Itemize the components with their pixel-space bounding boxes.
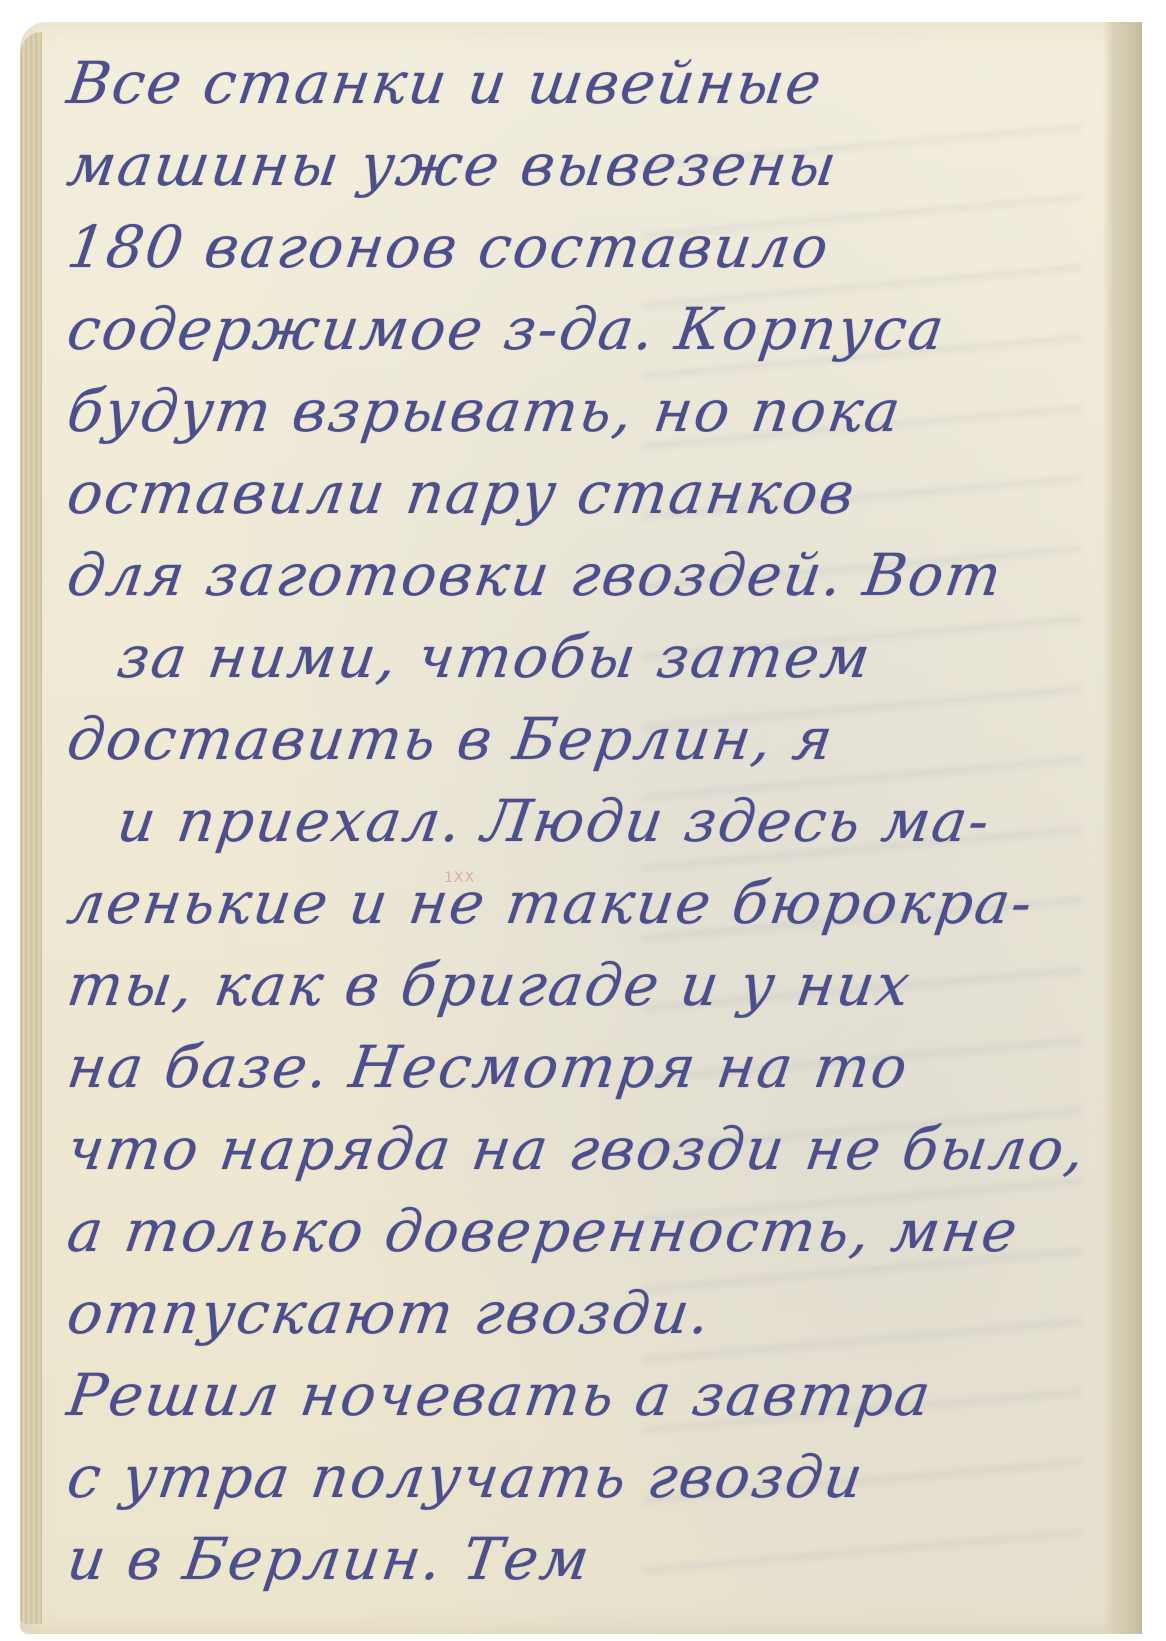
- handwritten-line: Решил ночевать а завтра: [62, 1354, 1134, 1436]
- handwritten-line: и приехал. Люди здесь ма-: [62, 780, 1134, 862]
- handwritten-line: для заготовки гвоздей. Вот: [62, 534, 1134, 616]
- handwritten-line: и в Берлин. Тем: [62, 1518, 1134, 1600]
- page-stack-edge-left: [20, 32, 42, 1624]
- handwritten-line: Все станки и швейные: [62, 42, 1134, 124]
- handwritten-line: будут взрывать, но пока: [62, 370, 1134, 452]
- handwritten-line: содержимое з-да. Корпуса: [62, 288, 1134, 370]
- handwritten-line: на базе. Несмотря на то: [62, 1026, 1134, 1108]
- handwritten-line: 180 вагонов составило: [62, 206, 1134, 288]
- handwritten-text-block: Все станки и швейные машины уже вывезены…: [68, 42, 1128, 1600]
- handwritten-line: ты, как в бригаде и у них: [62, 944, 1134, 1026]
- handwritten-line: с утра получать гвозди: [62, 1436, 1134, 1518]
- handwritten-line: ленькие и не такие бюрокра-: [62, 862, 1134, 944]
- notebook-page: 1XX Все станки и швейные машины уже выве…: [20, 22, 1142, 1634]
- handwritten-line: оставили пару станков: [62, 452, 1134, 534]
- handwritten-line: что наряда на гвозди не было,: [62, 1108, 1134, 1190]
- handwritten-line: а только доверенность, мне: [62, 1190, 1134, 1272]
- handwritten-line: доставить в Берлин, я: [62, 698, 1134, 780]
- handwritten-line: машины уже вывезены: [62, 124, 1134, 206]
- handwritten-line: за ними, чтобы затем: [62, 616, 1134, 698]
- handwritten-line: отпускают гвозди.: [62, 1272, 1134, 1354]
